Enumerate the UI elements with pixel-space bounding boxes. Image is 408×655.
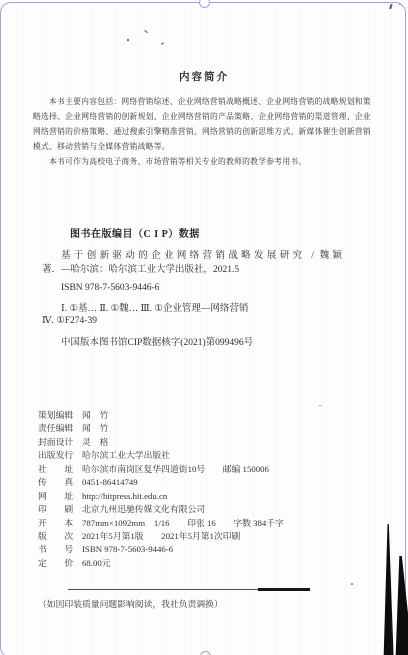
colophon-value: ISBN 978-7-5603-9446-6 <box>82 544 173 554</box>
colophon-label: 策划编辑 <box>38 409 74 422</box>
scan-shadow-artifact <box>382 524 394 655</box>
print-quality-notice: （如因印装质量问题影响阅读，我社负责调换） <box>38 597 223 610</box>
scan-shadow-artifact <box>394 556 408 655</box>
colophon-label: 责任编辑 <box>38 422 74 435</box>
colophon-label: 出版发行 <box>38 449 74 462</box>
colophon-label: 封面设计 <box>38 436 74 449</box>
cip-header: 图书在版编目（C I P）数据 <box>70 225 200 240</box>
summary-line: 网络营销的价格策略、通过搜索引擎精准营销、网络营销的创新思维方式、新媒体催生创新… <box>33 124 376 139</box>
cip-class-line: Ⅳ. ①F274-39 <box>42 314 342 328</box>
colophon-row: 印 刷北京九州迅驰传媒文化有限公司 <box>38 503 378 516</box>
colophon-row: 开 本787mm×1092mm 1/16 印张 16 字数 384千字 <box>38 517 378 530</box>
colophon-label: 社 址 <box>38 463 74 476</box>
colophon-value: 787mm×1092mm 1/16 印张 16 字数 384千字 <box>82 518 284 528</box>
summary-line: 本书可作为高校电子商务、市场营销等相关专业的教师的教学参考用书。 <box>33 154 376 169</box>
colophon-row: 书 号ISBN 978-7-5603-9446-6 <box>38 543 378 556</box>
colophon-row: 责任编辑闻 竹 <box>38 422 378 435</box>
colophon-value: 闻 竹 <box>82 410 108 420</box>
divider-rule-dark-segment <box>258 588 310 591</box>
content-summary-paragraph: 本书主要内容包括：网络营销综述、企业网络营销战略概述、企业网络营销的战略规划和策… <box>33 94 376 169</box>
colophon-label: 传 真 <box>38 476 74 489</box>
ink-speck <box>399 4 402 5</box>
colophon-value: http://hitpress.hit.edu.cn <box>82 491 167 501</box>
colophon-label: 网 址 <box>38 490 74 503</box>
ink-speck <box>351 583 353 585</box>
ink-speck <box>144 30 148 34</box>
crop-handle-top-icon[interactable] <box>199 0 210 8</box>
colophon-value: 68.00元 <box>82 558 111 568</box>
colophon-value: 哈尔滨工业大学出版社 <box>82 450 170 460</box>
content-summary-title: 内容简介 <box>0 69 408 84</box>
colophon-block: 策划编辑闻 竹 责任编辑闻 竹 封面设计灵 格 出版发行哈尔滨工业大学出版社 社… <box>38 409 378 570</box>
summary-line: 本书主要内容包括：网络营销综述、企业网络营销战略概述、企业网络营销的战略规划和策 <box>33 94 376 109</box>
ink-speck <box>127 39 129 41</box>
colophon-value: 0451-86414749 <box>82 477 138 487</box>
colophon-value: 灵 格 <box>82 437 108 447</box>
colophon-row: 版 次2021年5月第1版 2021年5月第1次印刷 <box>38 530 378 543</box>
cip-record-number: 中国版本图书馆CIP数据核字(2021)第099496号 <box>42 336 342 350</box>
colophon-value: 2021年5月第1版 2021年5月第1次印刷 <box>82 531 240 541</box>
colophon-row: 策划编辑闻 竹 <box>38 409 378 422</box>
scanned-book-copyright-page: 内容简介 本书主要内容包括：网络营销综述、企业网络营销战略概述、企业网络营销的战… <box>0 0 408 655</box>
colophon-label: 印 刷 <box>38 503 74 516</box>
crop-handle-bottom-icon[interactable] <box>200 651 211 655</box>
ink-speck <box>319 405 322 407</box>
colophon-label: 版 次 <box>38 530 74 543</box>
cip-title-line: 著．—哈尔滨：哈尔滨工业大学出版社，2021.5 <box>42 263 342 277</box>
colophon-row: 封面设计灵 格 <box>38 436 378 449</box>
colophon-row: 网 址http://hitpress.hit.edu.cn <box>38 490 378 503</box>
colophon-value: 哈尔滨市南岗区复华四道街10号 邮编 150006 <box>82 464 269 474</box>
divider-rule <box>68 589 310 590</box>
colophon-row: 定 价68.00元 <box>38 557 378 570</box>
colophon-row: 出版发行哈尔滨工业大学出版社 <box>38 449 378 462</box>
colophon-label: 书 号 <box>38 543 74 556</box>
summary-line: 模式、移动营销与全媒体营销战略等。 <box>33 139 376 154</box>
colophon-row: 传 真0451-86414749 <box>38 476 378 489</box>
colophon-label: 开 本 <box>38 517 74 530</box>
cip-title-line: 基于创新驱动的企业网络营销战略发展研究 / 魏颖 <box>42 249 342 263</box>
colophon-value: 闻 竹 <box>82 423 108 433</box>
colophon-label: 定 价 <box>38 557 74 570</box>
colophon-value: 北京九州迅驰传媒文化有限公司 <box>82 504 205 514</box>
ink-speck <box>389 4 392 9</box>
cip-isbn: ISBN 978-7-5603-9446-6 <box>42 281 342 295</box>
ink-speck <box>161 42 165 45</box>
colophon-row: 社 址哈尔滨市南岗区复华四道街10号 邮编 150006 <box>38 463 378 476</box>
summary-line: 略选择、企业网络营销的创新规划、企业网络营销的产品策略、企业网络营销的渠道管理、… <box>33 109 376 124</box>
